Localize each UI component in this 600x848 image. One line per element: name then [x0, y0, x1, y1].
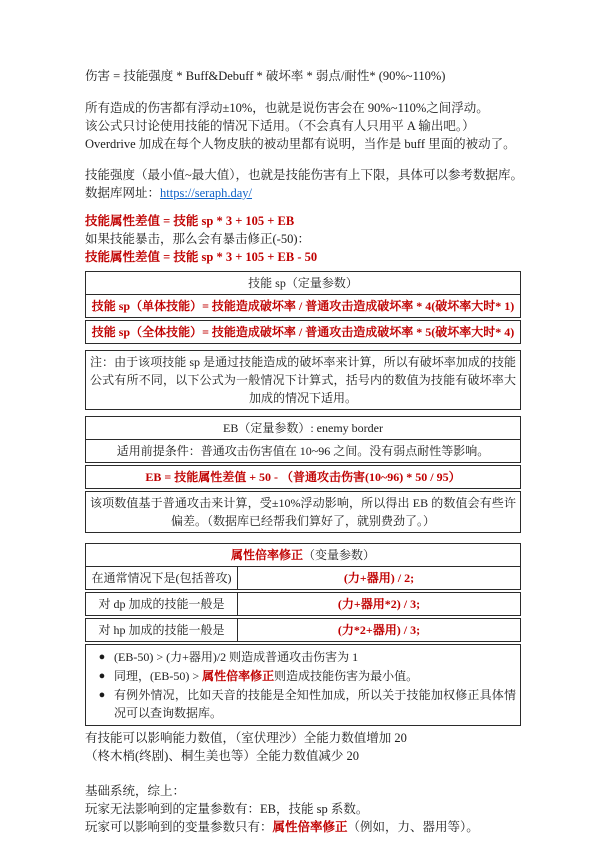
attribute-diff-formula-block: 技能属性差值 = 技能 sp * 3 + 105 + EB 如果技能暴击，那么会…: [85, 212, 521, 266]
summary-paragraph: 基础系统，综上： 玩家无法影响到的定量参数有：EB，技能 sp 系数。 玩家可以…: [85, 782, 521, 836]
bullet-item-3: ● 有例外情况，比如天音的技能是全知性加成，所以关于技能加权修正具体情况可以查询…: [90, 686, 516, 722]
database-link[interactable]: https://seraph.day/: [160, 186, 252, 200]
attribute-multiplier-table: 属性倍率修正（变量参数） 在通常情况下是(包括普攻) (力+器用) / 2; 对…: [85, 543, 521, 726]
bullet-icon: ●: [90, 648, 114, 666]
attribute-multiplier-header-black: （变量参数）: [303, 548, 375, 562]
summary-line-1: 基础系统，综上：: [85, 782, 521, 800]
skill-sp-row-aoe: 技能 sp（全体技能）= 技能造成破坏率 / 普通攻击造成破坏率 * 5(破坏率…: [85, 320, 521, 344]
bullet-item-2-pre: 同理，(EB-50) >: [114, 669, 202, 683]
attr-row-normal-label: 在通常情况下是(包括普攻): [86, 567, 238, 589]
bullet-item-2-red: 属性倍率修正: [202, 669, 274, 683]
ability-notes: 有技能可以影响能力数值，（室伏理沙）全能力数值增加 20 （柊木梢(终剧)、桐生…: [85, 729, 521, 765]
attr-row-dp-label: 对 dp 加成的技能一般是: [86, 593, 238, 615]
database-label: 数据库网址：: [85, 186, 160, 200]
skill-sp-note-box: 注：由于该项技能 sp 是通过技能造成的破坏率来计算，所以有破坏率加成的技能公式…: [85, 350, 521, 410]
bullet-icon: ●: [90, 686, 114, 722]
intro-paragraph: 所有造成的伤害都有浮动±10%，也就是说伤害会在 90%~110%之间浮动。 该…: [85, 99, 521, 153]
intro-line-2: 该公式只讨论使用技能的情况下适用。（不会真有人只用平 A 输出吧。）: [85, 117, 521, 135]
eb-table: EB（定量参数）: enemy border 适用前提条件：普通攻击伤害值在 1…: [85, 416, 521, 533]
bullet-item-2: ● 同理，(EB-50) > 属性倍率修正则造成技能伤害为最小值。: [90, 667, 516, 685]
ability-note-increase: 有技能可以影响能力数值，（室伏理沙）全能力数值增加 20: [85, 729, 521, 747]
attr-row-normal: 在通常情况下是(包括普攻) (力+器用) / 2;: [85, 566, 521, 590]
attr-bullets-box: ● (EB-50) > (力+器用)/2 则造成普通攻击伤害为 1 ● 同理，(…: [85, 644, 521, 726]
bullet-icon: ●: [90, 667, 114, 685]
bullet-item-1-text: (EB-50) > (力+器用)/2 则造成普通攻击伤害为 1: [114, 648, 516, 666]
summary-line-2: 玩家无法影响到的定量参数有：EB，技能 sp 系数。: [85, 800, 521, 818]
attribute-diff-formula-crit: 技能属性差值 = 技能 sp * 3 + 105 + EB - 50: [85, 248, 521, 266]
crit-correction-note: 如果技能暴击，那么会有暴击修正(-50)：: [85, 230, 521, 248]
skill-sp-table-header: 技能 sp（定量参数）: [85, 271, 521, 295]
attribute-diff-formula: 技能属性差值 = 技能 sp * 3 + 105 + EB: [85, 212, 521, 230]
eb-formula-row: EB = 技能属性差值 + 50 - （普通攻击伤害(10~96) * 50 /…: [85, 465, 521, 489]
attr-row-hp-label: 对 hp 加成的技能一般是: [86, 619, 238, 641]
eb-note-row: 该项数值基于普通攻击来计算，受±10%浮动影响，所以得出 EB 的数值会有些许偏…: [85, 491, 521, 533]
skill-sp-table: 技能 sp（定量参数） 技能 sp（单体技能）= 技能造成破坏率 / 普通攻击造…: [85, 271, 521, 344]
eb-premise-row: 适用前提条件：普通攻击伤害值在 10~96 之间。没有弱点耐性等影响。: [85, 439, 521, 463]
bullet-item-1: ● (EB-50) > (力+器用)/2 则造成普通攻击伤害为 1: [90, 648, 516, 666]
summary-line-3-post: （例如，力、器用等）。: [348, 820, 479, 834]
summary-line-3-red: 属性倍率修正: [273, 820, 348, 834]
database-line: 数据库网址：https://seraph.day/: [85, 184, 521, 202]
attr-row-dp: 对 dp 加成的技能一般是 (力+器用*2) / 3;: [85, 592, 521, 616]
bullet-item-3-text: 有例外情况，比如天音的技能是全知性加成，所以关于技能加权修正具体情况可以查询数据…: [114, 686, 516, 722]
skill-strength-paragraph: 技能强度（最小值~最大值），也就是技能伤害有上下限，具体可以参考数据库。 数据库…: [85, 166, 521, 202]
attr-row-normal-value: (力+器用) / 2;: [238, 567, 520, 589]
ability-note-decrease: （柊木梢(终剧)、桐生美也等）全能力数值减少 20: [85, 747, 521, 765]
intro-line-1: 所有造成的伤害都有浮动±10%，也就是说伤害会在 90%~110%之间浮动。: [85, 99, 521, 117]
damage-formula-title: 伤害 = 技能强度 * Buff&Debuff * 破坏率 * 弱点/耐性* (…: [85, 67, 521, 85]
attribute-multiplier-header: 属性倍率修正（变量参数）: [85, 543, 521, 567]
intro-line-3: Overdrive 加成在每个人物皮肤的被动里都有说明，当作是 buff 里面的…: [85, 135, 521, 153]
eb-table-header: EB（定量参数）: enemy border: [85, 416, 521, 440]
skill-strength-line: 技能强度（最小值~最大值），也就是技能伤害有上下限，具体可以参考数据库。: [85, 166, 521, 184]
skill-sp-row-single: 技能 sp（单体技能）= 技能造成破坏率 / 普通攻击造成破坏率 * 4(破坏率…: [85, 294, 521, 318]
attr-row-dp-value: (力+器用*2) / 3;: [238, 593, 520, 615]
attr-row-hp-value: (力*2+器用) / 3;: [238, 619, 520, 641]
summary-line-3-pre: 玩家可以影响到的变量参数只有：: [85, 820, 273, 834]
attribute-multiplier-header-red: 属性倍率修正: [231, 548, 303, 562]
bullet-item-2-post: 则造成技能伤害为最小值。: [274, 669, 418, 683]
document-page: 伤害 = 技能强度 * Buff&Debuff * 破坏率 * 弱点/耐性* (…: [85, 67, 521, 836]
summary-line-3: 玩家可以影响到的变量参数只有：属性倍率修正（例如，力、器用等）。: [85, 818, 521, 836]
bullet-item-2-text: 同理，(EB-50) > 属性倍率修正则造成技能伤害为最小值。: [114, 667, 516, 685]
attr-row-hp: 对 hp 加成的技能一般是 (力*2+器用) / 3;: [85, 618, 521, 642]
